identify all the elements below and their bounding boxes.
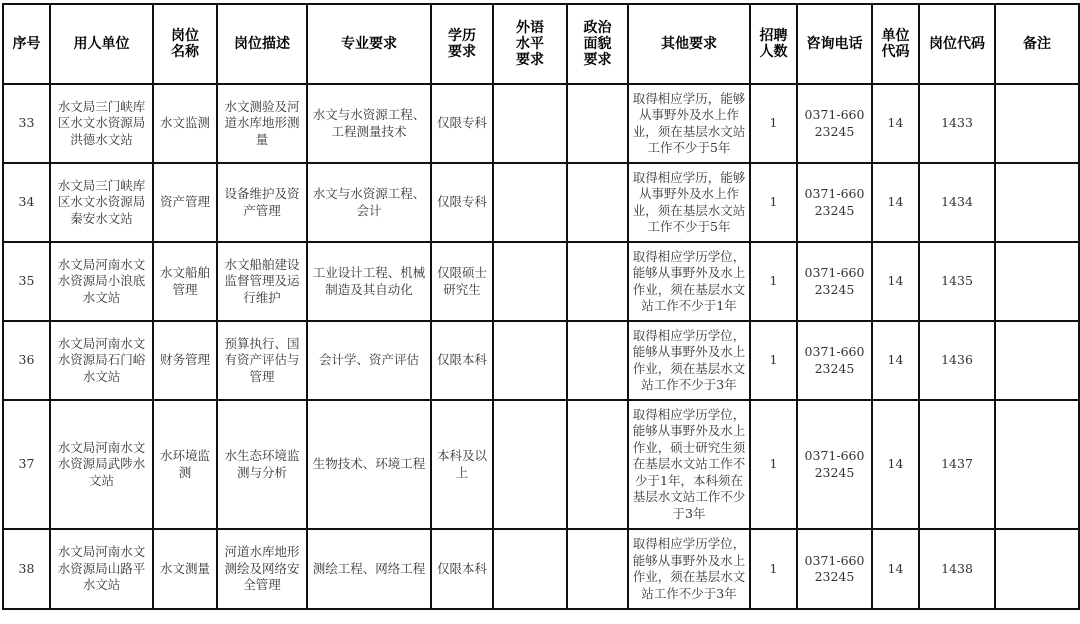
header-position-name: 岗位名称 [153,4,217,84]
cell-education: 本科及以上 [431,400,493,529]
cell-unit-code: 14 [872,529,919,609]
cell-unit: 水文局河南水文水资源局石门峪水文站 [50,321,153,400]
header-education: 学历要求 [431,4,493,84]
other-text: 取得相应学历学位，能够从事野外及水上作业，须在基层水文站工作不少于3年 [632,536,746,602]
cell-political [567,163,628,242]
cell-position-name: 资产管理 [153,163,217,242]
cell-foreign-language [493,163,567,242]
cell-other: 取得相应学历学位，能够从事野外及水上作业，须在基层水文站工作不少于1年 [628,242,750,321]
cell-major: 生物技术、环境工程 [307,400,431,529]
cell-phone: 0371-66023245 [797,400,872,529]
cell-count: 1 [750,400,797,529]
cell-phone: 0371-66023245 [797,163,872,242]
cell-education: 仅限专科 [431,84,493,163]
header-phone: 咨询电话 [797,4,872,84]
header-count: 招聘人数 [750,4,797,84]
header-other: 其他要求 [628,4,750,84]
cell-seq: 36 [3,321,50,400]
header-remark: 备注 [995,4,1079,84]
cell-foreign-language [493,242,567,321]
cell-count: 1 [750,529,797,609]
cell-count: 1 [750,84,797,163]
cell-other: 取得相应学历学位，能够从事野外及水上作业，硕士研究生须在基层水文站工作不少于1年… [628,400,750,529]
cell-position-name: 水文船舶管理 [153,242,217,321]
cell-political [567,400,628,529]
header-seq: 序号 [3,4,50,84]
cell-remark [995,163,1079,242]
cell-position-desc: 水文测验及河道水库地形测量 [217,84,307,163]
table-row: 37 水文局河南水文水资源局武陟水文站 水环境监测 水生态环境监测与分析 生物技… [3,400,1079,529]
cell-seq: 37 [3,400,50,529]
cell-position-name: 财务管理 [153,321,217,400]
cell-education: 仅限本科 [431,321,493,400]
cell-count: 1 [750,321,797,400]
other-text: 取得相应学历，能够从事野外及水上作业，须在基层水文站工作不少于5年 [632,170,746,236]
cell-seq: 33 [3,84,50,163]
cell-political [567,321,628,400]
table-body: 33 水文局三门峡库区水文水资源局洪德水文站 水文监测 水文测验及河道水库地形测… [3,84,1079,609]
header-row: 序号 用人单位 岗位名称 岗位描述 专业要求 学历要求 外语水平要求 政治面貌要… [3,4,1079,84]
cell-count: 1 [750,242,797,321]
header-unit: 用人单位 [50,4,153,84]
cell-seq: 38 [3,529,50,609]
cell-position-code: 1434 [919,163,995,242]
table-row: 34 水文局三门峡库区水文水资源局秦安水文站 资产管理 设备维护及资产管理 水文… [3,163,1079,242]
cell-remark [995,321,1079,400]
cell-position-desc: 设备维护及资产管理 [217,163,307,242]
other-text: 取得相应学历，能够从事野外及水上作业，须在基层水文站工作不少于5年 [632,91,746,157]
cell-political [567,242,628,321]
cell-position-name: 水文测量 [153,529,217,609]
cell-remark [995,242,1079,321]
cell-foreign-language [493,321,567,400]
table-header: 序号 用人单位 岗位名称 岗位描述 专业要求 学历要求 外语水平要求 政治面貌要… [3,4,1079,84]
cell-position-code: 1435 [919,242,995,321]
cell-position-desc: 预算执行、国有资产评估与管理 [217,321,307,400]
table-row: 33 水文局三门峡库区水文水资源局洪德水文站 水文监测 水文测验及河道水库地形测… [3,84,1079,163]
other-text: 取得相应学历学位，能够从事野外及水上作业，须在基层水文站工作不少于1年 [632,249,746,315]
cell-phone: 0371-66023245 [797,84,872,163]
cell-position-name: 水文监测 [153,84,217,163]
header-position-code: 岗位代码 [919,4,995,84]
cell-phone: 0371-66023245 [797,242,872,321]
table-row: 36 水文局河南水文水资源局石门峪水文站 财务管理 预算执行、国有资产评估与管理… [3,321,1079,400]
cell-education: 仅限专科 [431,163,493,242]
cell-position-code: 1438 [919,529,995,609]
cell-position-code: 1437 [919,400,995,529]
cell-unit: 水文局三门峡库区水文水资源局洪德水文站 [50,84,153,163]
cell-seq: 35 [3,242,50,321]
other-text: 取得相应学历学位，能够从事野外及水上作业，须在基层水文站工作不少于3年 [632,328,746,394]
cell-seq: 34 [3,163,50,242]
cell-unit: 水文局河南水文水资源局武陟水文站 [50,400,153,529]
cell-unit-code: 14 [872,84,919,163]
cell-foreign-language [493,529,567,609]
cell-major: 测绘工程、网络工程 [307,529,431,609]
cell-major: 水文与水资源工程、会计 [307,163,431,242]
header-position-desc: 岗位描述 [217,4,307,84]
header-unit-code: 单位代码 [872,4,919,84]
cell-unit-code: 14 [872,163,919,242]
cell-position-desc: 水文船舶建设监督管理及运行维护 [217,242,307,321]
table-row: 38 水文局河南水文水资源局山路平水文站 水文测量 河道水库地形测绘及网络安全管… [3,529,1079,609]
cell-foreign-language [493,400,567,529]
cell-political [567,529,628,609]
cell-phone: 0371-66023245 [797,529,872,609]
cell-other: 取得相应学历，能够从事野外及水上作业，须在基层水文站工作不少于5年 [628,84,750,163]
cell-phone: 0371-66023245 [797,321,872,400]
cell-major: 工业设计工程、机械制造及其自动化 [307,242,431,321]
cell-position-desc: 河道水库地形测绘及网络安全管理 [217,529,307,609]
cell-count: 1 [750,163,797,242]
cell-education: 仅限本科 [431,529,493,609]
cell-major: 会计学、资产评估 [307,321,431,400]
cell-position-name: 水环境监测 [153,400,217,529]
cell-other: 取得相应学历学位，能够从事野外及水上作业，须在基层水文站工作不少于3年 [628,321,750,400]
table-row: 35 水文局河南水文水资源局小浪底水文站 水文船舶管理 水文船舶建设监督管理及运… [3,242,1079,321]
cell-unit-code: 14 [872,242,919,321]
cell-education: 仅限硕士研究生 [431,242,493,321]
cell-position-code: 1436 [919,321,995,400]
cell-unit: 水文局河南水文水资源局小浪底水文站 [50,242,153,321]
cell-unit: 水文局河南水文水资源局山路平水文站 [50,529,153,609]
cell-major: 水文与水资源工程、工程测量技术 [307,84,431,163]
cell-remark [995,84,1079,163]
cell-position-desc: 水生态环境监测与分析 [217,400,307,529]
header-major: 专业要求 [307,4,431,84]
cell-unit: 水文局三门峡库区水文水资源局秦安水文站 [50,163,153,242]
header-foreign-language: 外语水平要求 [493,4,567,84]
recruitment-table: 序号 用人单位 岗位名称 岗位描述 专业要求 学历要求 外语水平要求 政治面貌要… [2,3,1080,610]
cell-other: 取得相应学历，能够从事野外及水上作业，须在基层水文站工作不少于5年 [628,163,750,242]
cell-foreign-language [493,84,567,163]
cell-remark [995,400,1079,529]
other-text: 取得相应学历学位，能够从事野外及水上作业，硕士研究生须在基层水文站工作不少于1年… [632,407,746,523]
cell-unit-code: 14 [872,400,919,529]
cell-unit-code: 14 [872,321,919,400]
cell-other: 取得相应学历学位，能够从事野外及水上作业，须在基层水文站工作不少于3年 [628,529,750,609]
header-political: 政治面貌要求 [567,4,628,84]
cell-political [567,84,628,163]
cell-remark [995,529,1079,609]
cell-position-code: 1433 [919,84,995,163]
